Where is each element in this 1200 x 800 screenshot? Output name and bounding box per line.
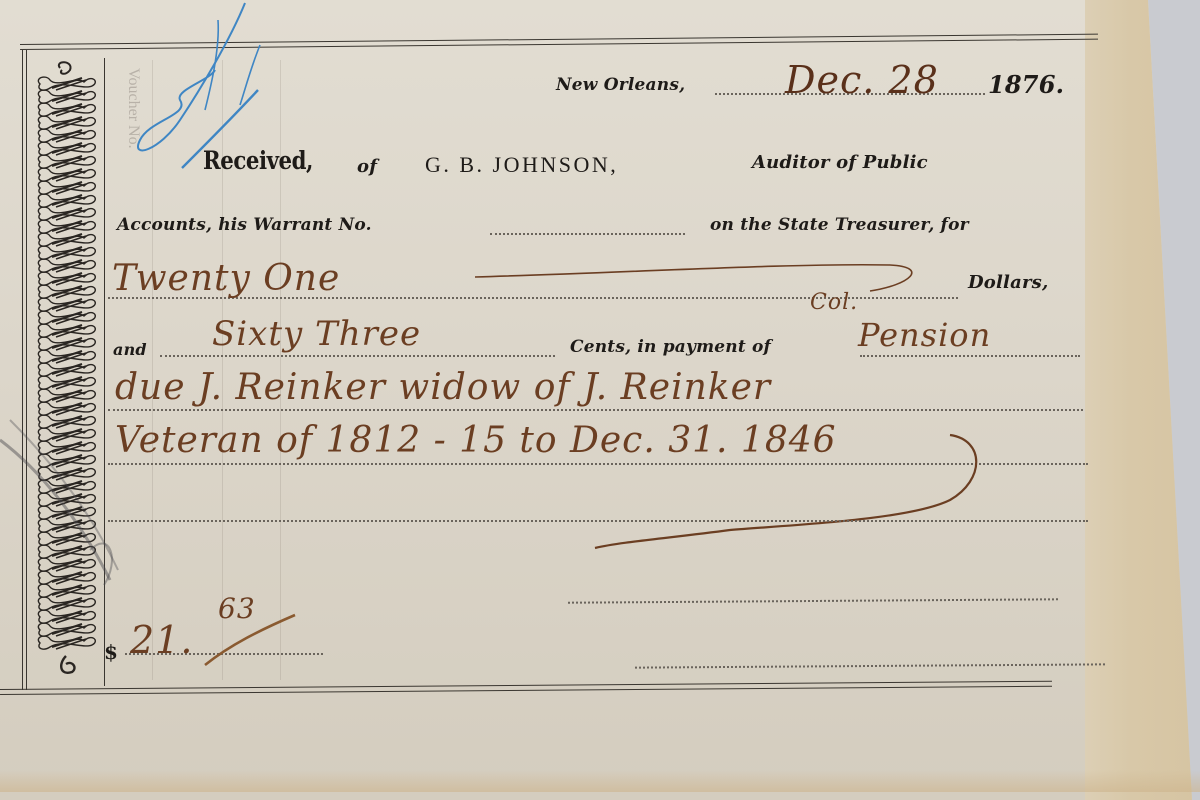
dollars-flourish (470, 255, 930, 295)
paper-stub-edge (1085, 0, 1200, 800)
accounts-warrant-label: Accounts, his Warrant No. (117, 215, 372, 235)
amount-cents-underline (200, 610, 300, 670)
dollar-sign: $ (104, 640, 118, 664)
closing-flourish (590, 430, 990, 550)
place-label: New Orleans, (556, 75, 685, 95)
year-label: 1876. (988, 70, 1064, 99)
state-treasurer-label: on the State Treasurer, for (710, 215, 969, 235)
payment-for: Pension (858, 316, 991, 354)
issuer-title: Auditor of Public (752, 152, 928, 173)
cents-written: Sixty Three (212, 314, 421, 354)
dollars-label: Dollars, (968, 272, 1048, 293)
of-label: of (357, 156, 377, 177)
issuer-name: G. B. JOHNSON, (425, 152, 618, 178)
cents-line (160, 355, 555, 357)
and-label: and (113, 340, 147, 359)
pencil-scribble (0, 400, 130, 600)
handwritten-date: Dec. 28 (785, 58, 939, 102)
cents-payment-label: Cents, in payment of (570, 337, 771, 357)
due-text: due J. Reinker widow of J. Reinker (115, 367, 771, 408)
warrant-number-line (490, 233, 685, 235)
due-line (108, 409, 1083, 411)
received-label: Received, (203, 146, 313, 175)
blue-pencil-initials (120, 0, 270, 170)
dollars-written: Twenty One (112, 258, 340, 299)
payment-for-line (860, 355, 1080, 357)
paper-bottom-stain (0, 770, 1200, 792)
amount-dollars: 21. (130, 618, 193, 662)
blank-line (108, 520, 1088, 522)
payment-annotation: Col. (810, 290, 858, 315)
